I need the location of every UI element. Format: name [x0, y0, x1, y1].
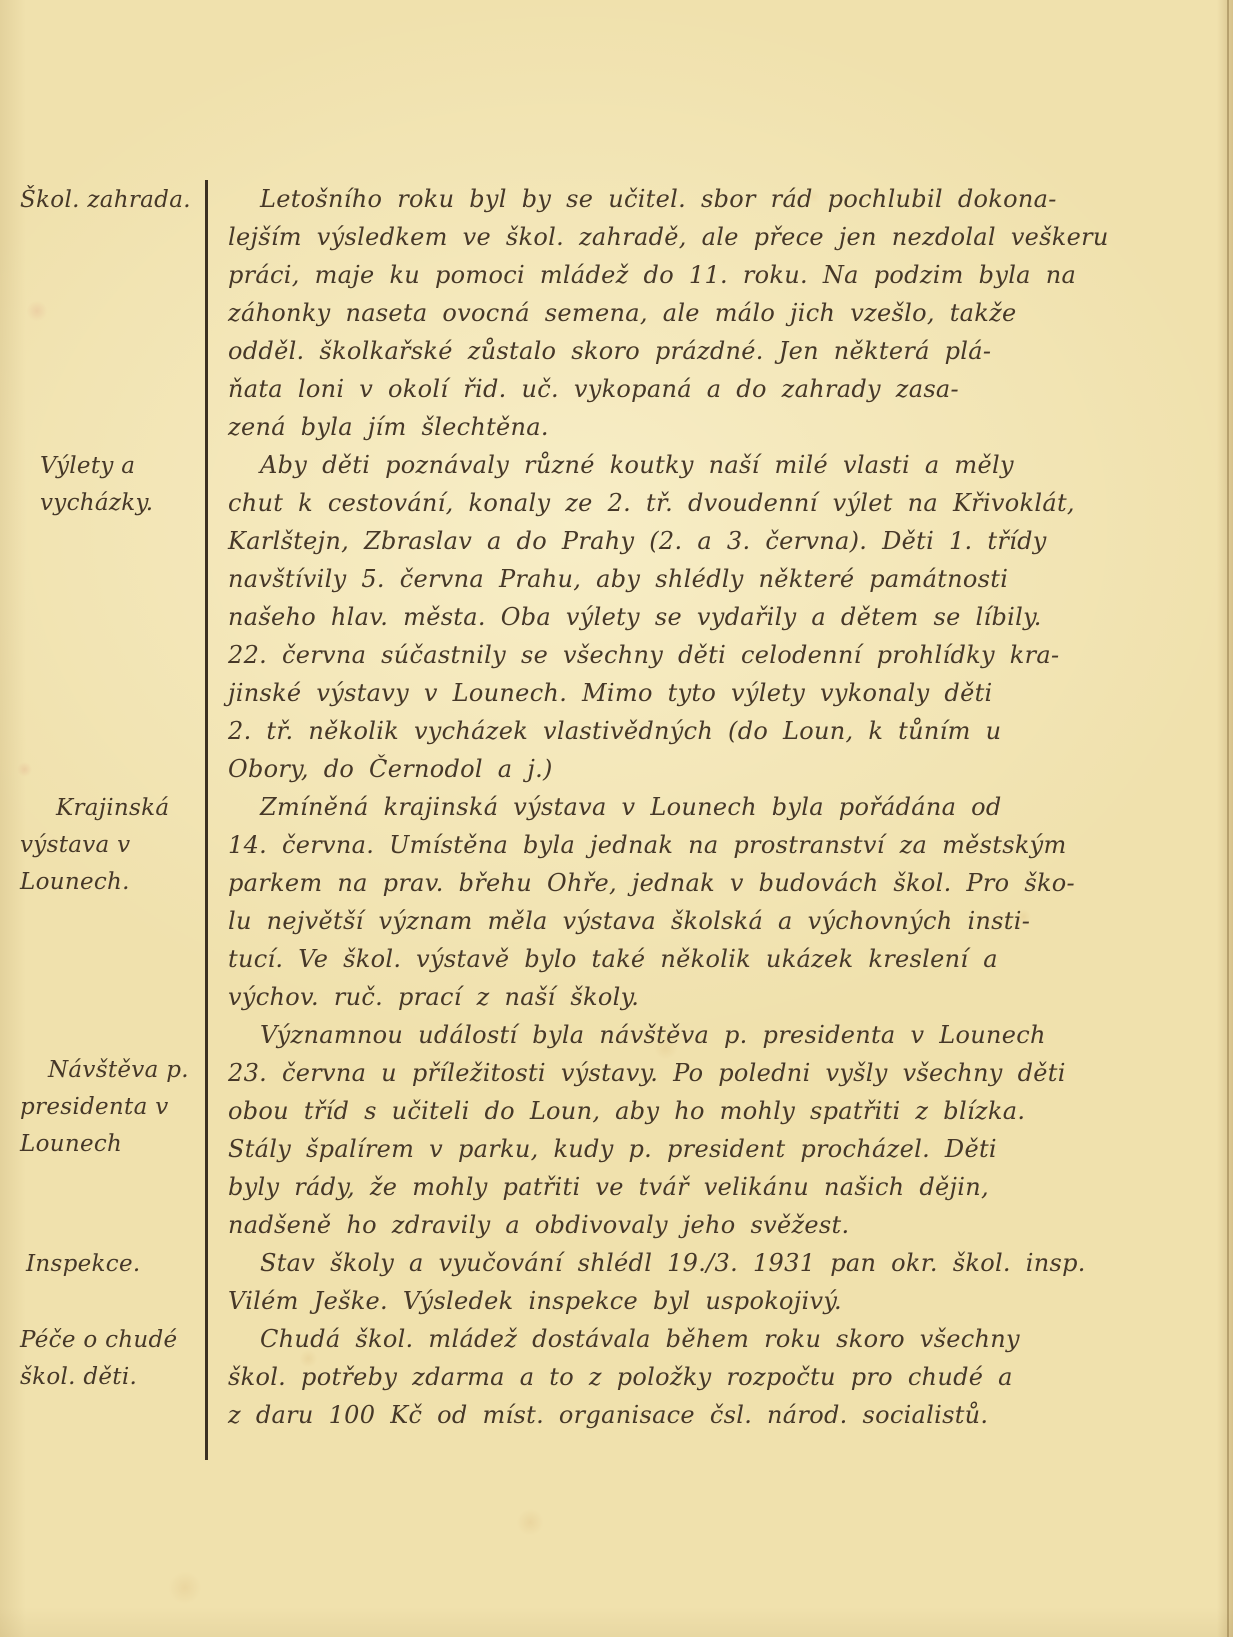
text-line: Zmíněná krajinská výstava v Lounech byla…	[228, 788, 1123, 826]
text-line: byly rády, že mohly patřiti ve tvář veli…	[228, 1168, 1123, 1206]
text-line: Karlštejn, Zbraslav a do Prahy (2. a 3. …	[228, 522, 1123, 560]
paragraph: Významnou událostí byla návštěva p. pres…	[205, 1016, 1233, 1244]
text-line: z daru 100 Kč od míst. organisace čsl. n…	[228, 1396, 1123, 1434]
text-line: 22. června súčastnily se všechny děti ce…	[228, 636, 1123, 674]
margin-label-line: Návštěva p.	[20, 1052, 201, 1089]
margin-label-line: škol. děti.	[20, 1359, 201, 1396]
paragraph: Letošního roku byl by se učitel. sbor rá…	[205, 180, 1233, 446]
margin-label-line: výstava v Lounech.	[20, 827, 201, 901]
text-line: Stav školy a vyučování shlédl 19./3. 193…	[228, 1244, 1123, 1282]
margin-label-line: Škol. zahrada.	[20, 182, 201, 219]
margin-label: Škol. zahrada.	[0, 180, 205, 446]
margin-label: Krajinskávýstava v Lounech.	[0, 788, 205, 1016]
text-line: výchov. ruč. prací z naší školy.	[228, 978, 1123, 1016]
margin-label-line: Péče o chudé	[20, 1322, 201, 1359]
margin-label-line: presidenta v Lounech	[20, 1089, 201, 1163]
paragraph: Stav školy a vyučování shlédl 19./3. 193…	[205, 1244, 1233, 1320]
section: Krajinskávýstava v Lounech.Zmíněná kraji…	[0, 788, 1233, 1016]
text-line: práci, maje ku pomoci mládež do 11. roku…	[228, 256, 1123, 294]
text-line: Chudá škol. mládež dostávala během roku …	[228, 1320, 1123, 1358]
section: Inspekce.Stav školy a vyučování shlédl 1…	[0, 1244, 1233, 1320]
text-line: Letošního roku byl by se učitel. sbor rá…	[228, 180, 1123, 218]
paragraph: Aby děti poznávaly různé koutky naší mil…	[205, 446, 1233, 788]
margin-label: Návštěva p.presidenta v Lounech	[0, 1016, 205, 1244]
margin-label: Péče o chudéškol. děti.	[0, 1320, 205, 1460]
text-line: škol. potřeby zdarma a to z položky rozp…	[228, 1358, 1123, 1396]
text-line: lejším výsledkem ve škol. zahradě, ale p…	[228, 218, 1123, 256]
margin-label-line: Výlety a	[40, 448, 201, 485]
text-line: obou tříd s učiteli do Loun, aby ho mohl…	[228, 1092, 1123, 1130]
text-line: lu největší význam měla výstava školská …	[228, 902, 1123, 940]
margin-label-line: Inspekce.	[26, 1246, 201, 1283]
text-line: parkem na prav. břehu Ohře, jednak v bud…	[228, 864, 1123, 902]
text-line: záhonky naseta ovocná semena, ale málo j…	[228, 294, 1123, 332]
text-line: jinské výstavy v Lounech. Mimo tyto výle…	[228, 674, 1123, 712]
text-line: Vilém Ješke. Výsledek inspekce byl uspok…	[228, 1282, 1123, 1320]
margin-label-line: Krajinská	[20, 790, 201, 827]
text-line: Významnou událostí byla návštěva p. pres…	[228, 1016, 1123, 1054]
text-line: nadšeně ho zdravily a obdivovaly jeho sv…	[228, 1206, 1123, 1244]
text-line: Stály špalírem v parku, kudy p. presiden…	[228, 1130, 1123, 1168]
text-line: chut k cestování, konaly ze 2. tř. dvoud…	[228, 484, 1123, 522]
text-line: Obory, do Černodol a j.)	[228, 750, 1123, 788]
section: Škol. zahrada.Letošního roku byl by se u…	[0, 180, 1233, 446]
text-line: tucí. Ve škol. výstavě bylo také několik…	[228, 940, 1123, 978]
text-line: 23. června u příležitosti výstavy. Po po…	[228, 1054, 1123, 1092]
section: Výlety avycházky.Aby děti poznávaly různ…	[0, 446, 1233, 788]
text-line: navštívily 5. června Prahu, aby shlédly …	[228, 560, 1123, 598]
text-line: zená byla jím šlechtěna.	[228, 408, 1123, 446]
text-line: odděl. školkařské zůstalo skoro prázdné.…	[228, 332, 1123, 370]
margin-label: Inspekce.	[0, 1244, 205, 1320]
text-line: našeho hlav. města. Oba výlety se vydaři…	[228, 598, 1123, 636]
section: Návštěva p.presidenta v LounechVýznamnou…	[0, 1016, 1233, 1244]
margin-label-line: vycházky.	[40, 485, 201, 522]
text-line: 2. tř. několik vycházek vlastivědných (d…	[228, 712, 1123, 750]
paragraph: Zmíněná krajinská výstava v Lounech byla…	[205, 788, 1233, 1016]
paragraph: Chudá škol. mládež dostávala během roku …	[205, 1320, 1233, 1460]
margin-label: Výlety avycházky.	[0, 446, 205, 788]
text-line: ňata loni v okolí řid. uč. vykopaná a do…	[228, 370, 1123, 408]
text-line: Aby děti poznávaly různé koutky naší mil…	[228, 446, 1123, 484]
text-line: 14. června. Umístěna byla jednak na pros…	[228, 826, 1123, 864]
chronicle-page: Škol. zahrada.Letošního roku byl by se u…	[0, 0, 1233, 1637]
section: Péče o chudéškol. děti.Chudá škol. mláde…	[0, 1320, 1233, 1460]
document-sections: Škol. zahrada.Letošního roku byl by se u…	[0, 180, 1233, 1460]
